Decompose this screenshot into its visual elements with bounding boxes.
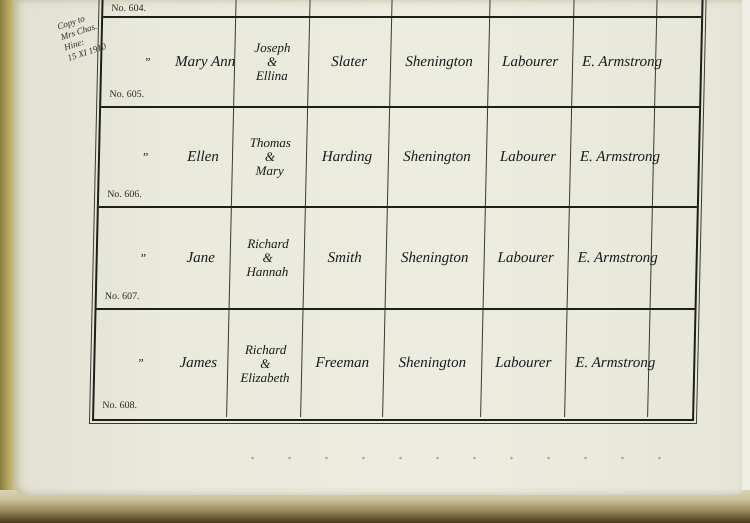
table-row-604: No. 604. <box>103 0 701 18</box>
abode: Shenington <box>385 208 485 308</box>
table-row: ” Ellen Thomas&Mary Harding Shenington L… <box>99 108 699 208</box>
surname: Freeman <box>300 310 384 417</box>
table-row: ” James Richard&Elizabeth Freeman Shenin… <box>94 310 694 417</box>
parents-names: Richard&Hannah <box>231 208 305 308</box>
entry-number: No. 605. <box>109 89 144 100</box>
occupation: Labourer <box>487 18 573 106</box>
officiant: E. Armstrong <box>567 208 669 308</box>
child-name: James <box>166 310 230 417</box>
officiant: E. Armstrong <box>564 310 666 417</box>
register-page: Copy to Mrs Chas. Hine: 15 XI 1910 No. 6… <box>14 0 742 495</box>
child-name: Ellen <box>171 108 235 206</box>
entry-number: No. 608. <box>102 400 137 411</box>
child-name: Jane <box>169 208 233 308</box>
surname: Smith <box>303 208 387 308</box>
child-name: Mary Ann <box>173 18 237 106</box>
surname: Harding <box>305 108 389 206</box>
table-row: ” Jane Richard&Hannah Smith Shenington L… <box>97 208 697 310</box>
paper-foxing-spots <box>234 455 674 461</box>
entry-number: No. 606. <box>107 189 142 200</box>
table-row: ” Mary Ann Joseph&Ellina Slater Sheningt… <box>101 18 701 108</box>
officiant: E. Armstrong <box>571 18 673 106</box>
entry-number: No. 604. <box>111 3 146 14</box>
abode: Shenington <box>387 108 487 206</box>
officiant: E. Armstrong <box>569 108 671 206</box>
entry-number: No. 607. <box>105 291 140 302</box>
occupation: Labourer <box>483 208 569 308</box>
occupation: Labourer <box>485 108 571 206</box>
register-table: No. 604. ” Mary Ann Joseph&Ellina Slater… <box>92 0 704 421</box>
surname: Slater <box>307 18 391 106</box>
parents-names: Joseph&Ellina <box>235 18 309 106</box>
abode: Shenington <box>382 310 482 417</box>
parents-names: Richard&Elizabeth <box>228 310 302 417</box>
occupation: Labourer <box>480 310 566 417</box>
abode: Shenington <box>389 18 489 106</box>
parents-names: Thomas&Mary <box>233 108 307 206</box>
